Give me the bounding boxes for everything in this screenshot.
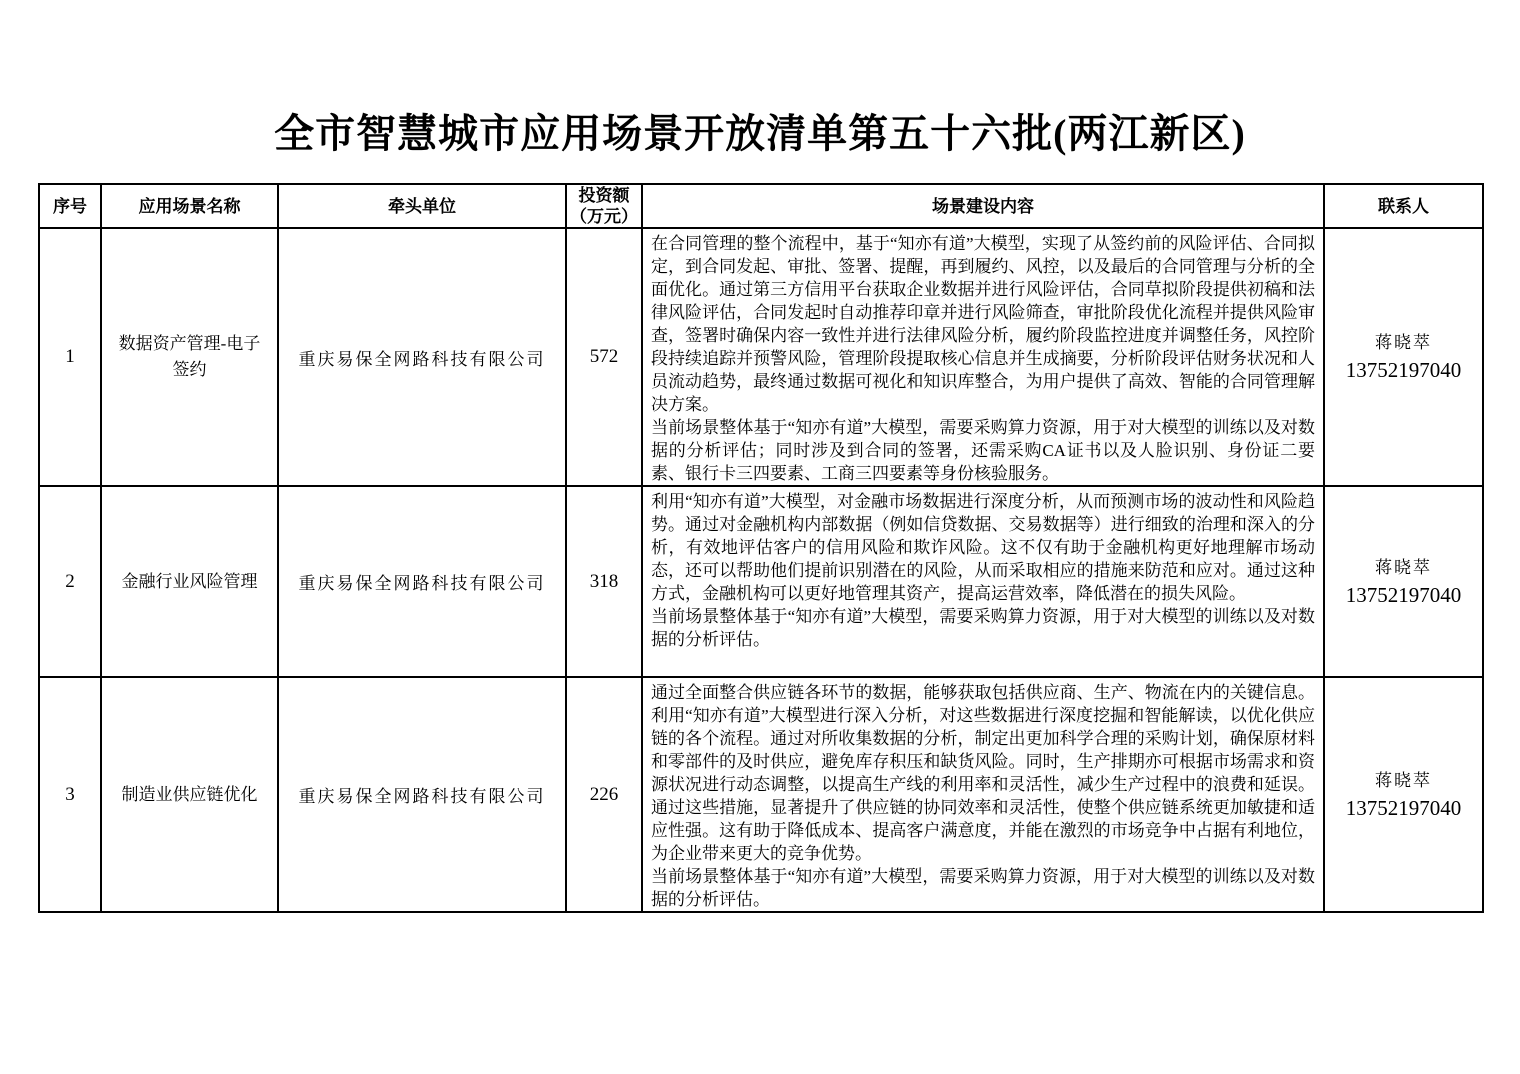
table-header-row: 序号 应用场景名称 牵头单位 投资额 （万元） 场景建设内容 联系人 <box>39 184 1483 228</box>
contact-cell: 蒋晓萃 13752197040 <box>1324 228 1483 486</box>
contact-name: 蒋晓萃 <box>1325 330 1482 356</box>
contact-phone: 13752197040 <box>1325 794 1482 822</box>
investment-amount: 318 <box>566 486 642 677</box>
document-title: 全市智慧城市应用场景开放清单第五十六批(两江新区) <box>0 108 1520 160</box>
scenario-name: 制造业供应链优化 <box>101 677 278 912</box>
lead-unit: 重庆易保全网路科技有限公司 <box>278 486 566 677</box>
content-paragraph: 通过全面整合供应链各环节的数据，能够获取包括供应商、生产、物流在内的关键信息。利… <box>651 681 1315 865</box>
header-investment: 投资额 （万元） <box>566 184 642 228</box>
content-paragraph: 当前场景整体基于“知亦有道”大模型，需要采购算力资源，用于对大模型的训练以及对数… <box>651 865 1315 911</box>
contact-cell: 蒋晓萃 13752197040 <box>1324 486 1483 677</box>
contact-name: 蒋晓萃 <box>1325 555 1482 581</box>
row-number: 1 <box>39 228 101 486</box>
header-contact: 联系人 <box>1324 184 1483 228</box>
investment-amount: 226 <box>566 677 642 912</box>
scenario-content: 通过全面整合供应链各环节的数据，能够获取包括供应商、生产、物流在内的关键信息。利… <box>642 677 1324 912</box>
scenario-name: 金融行业风险管理 <box>101 486 278 677</box>
investment-amount: 572 <box>566 228 642 486</box>
row-number: 3 <box>39 677 101 912</box>
contact-phone: 13752197040 <box>1325 581 1482 609</box>
header-no: 序号 <box>39 184 101 228</box>
scenario-content: 在合同管理的整个流程中，基于“知亦有道”大模型，实现了从签约前的风险评估、合同拟… <box>642 228 1324 486</box>
header-name: 应用场景名称 <box>101 184 278 228</box>
content-paragraph: 当前场景整体基于“知亦有道”大模型，需要采购算力资源，用于对大模型的训练以及对数… <box>651 605 1315 651</box>
row-number: 2 <box>39 486 101 677</box>
content-paragraph: 利用“知亦有道”大模型，对金融市场数据进行深度分析，从而预测市场的波动性和风险趋… <box>651 490 1315 605</box>
scenario-content: 利用“知亦有道”大模型，对金融市场数据进行深度分析，从而预测市场的波动性和风险趋… <box>642 486 1324 677</box>
table-row: 1 数据资产管理-电子签约 重庆易保全网路科技有限公司 572 在合同管理的整个… <box>39 228 1483 486</box>
table-row: 3 制造业供应链优化 重庆易保全网路科技有限公司 226 通过全面整合供应链各环… <box>39 677 1483 912</box>
contact-cell: 蒋晓萃 13752197040 <box>1324 677 1483 912</box>
content-paragraph: 在合同管理的整个流程中，基于“知亦有道”大模型，实现了从签约前的风险评估、合同拟… <box>651 232 1315 416</box>
table-row: 2 金融行业风险管理 重庆易保全网路科技有限公司 318 利用“知亦有道”大模型… <box>39 486 1483 677</box>
contact-name: 蒋晓萃 <box>1325 768 1482 794</box>
scenario-name: 数据资产管理-电子签约 <box>101 228 278 486</box>
lead-unit: 重庆易保全网路科技有限公司 <box>278 228 566 486</box>
scenarios-table: 序号 应用场景名称 牵头单位 投资额 （万元） 场景建设内容 联系人 1 数据资… <box>38 183 1484 913</box>
document-page: 全市智慧城市应用场景开放清单第五十六批(两江新区) 序号 应用场景名称 牵头单位… <box>0 0 1520 1074</box>
header-content: 场景建设内容 <box>642 184 1324 228</box>
lead-unit: 重庆易保全网路科技有限公司 <box>278 677 566 912</box>
content-paragraph: 当前场景整体基于“知亦有道”大模型，需要采购算力资源，用于对大模型的训练以及对数… <box>651 416 1315 485</box>
header-unit: 牵头单位 <box>278 184 566 228</box>
contact-phone: 13752197040 <box>1325 356 1482 384</box>
